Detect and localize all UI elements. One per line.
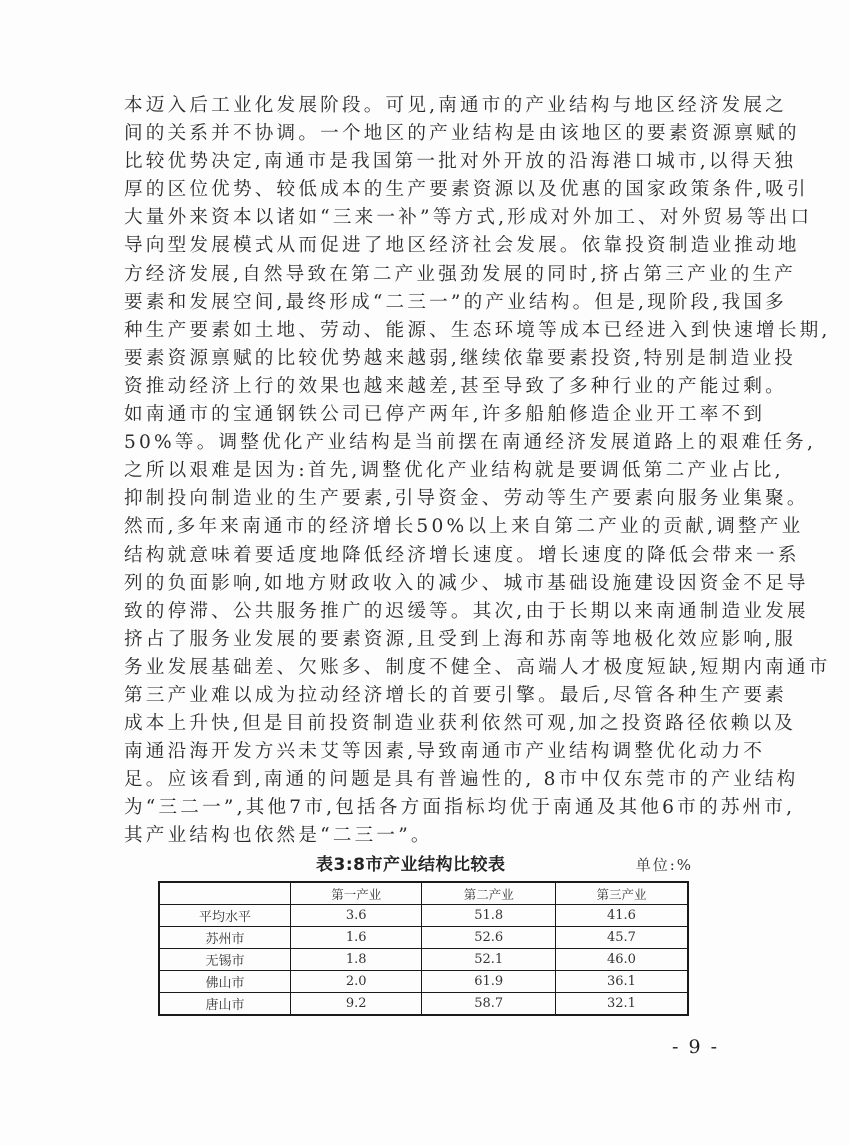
text-line: 厚的区位优势、较低成本的生产要素资源以及优惠的国家政策条件,吸引	[124, 176, 724, 204]
table-cell: 32.1	[555, 993, 688, 1016]
table-cell: 1.8	[290, 949, 421, 971]
text-line: 要素资源禀赋的比较优势越来越弱,继续依靠要素投资,特别是制造业投	[124, 345, 724, 373]
text-line: 种生产要素如土地、劳动、能源、生态环境等成本已经进入到快速增长期,	[124, 317, 724, 345]
text-line: 之所以艰难是因为:首先,调整优化产业结构就是要调低第二产业占比,	[124, 457, 724, 485]
text-line: 足。应该看到,南通的问题是具有普遍性的, 8市中仅东莞市的产业结构	[124, 766, 724, 794]
text-line: 然而,多年来南通市的经济增长50%以上来自第二产业的贡献,调整产业	[124, 513, 724, 541]
table-cell: 2.0	[290, 971, 421, 993]
table-cell: 1.6	[290, 927, 421, 949]
industry-structure-table: 第一产业 第二产业 第三产业 平均水平 3.6 51.8 41.6 苏州市 1.…	[158, 881, 689, 1016]
table-header-cell: 第三产业	[555, 882, 688, 905]
table-cell: 36.1	[555, 971, 688, 993]
table-row: 平均水平 3.6 51.8 41.6	[159, 905, 688, 927]
table-caption: 表3:8市产业结构比较表 单位:%	[158, 851, 693, 879]
text-line: 方经济发展,自然导致在第二产业强劲发展的同时,挤占第三产业的生产	[124, 261, 724, 289]
table-cell: 52.1	[422, 949, 556, 971]
text-line: 如南通市的宝通钢铁公司已停产两年,许多船舶修造企业开工率不到	[124, 401, 724, 429]
text-line: 结构就意味着要适度地降低经济增长速度。增长速度的降低会带来一系	[124, 542, 724, 570]
table-title: 表3:8市产业结构比较表	[316, 851, 505, 879]
text-line: 致的停滞、公共服务推广的迟缓等。其次,由于长期以来南通制造业发展	[124, 598, 724, 626]
table-cell: 61.9	[422, 971, 556, 993]
text-line: 为“三二一”,其他7市,包括各方面指标均优于南通及其他6市的苏州市,	[124, 794, 724, 822]
table-cell: 41.6	[555, 905, 688, 927]
table-row: 唐山市 9.2 58.7 32.1	[159, 993, 688, 1016]
table-cell: 3.6	[290, 905, 421, 927]
table-cell: 46.0	[555, 949, 688, 971]
table-cell: 52.6	[422, 927, 556, 949]
text-line: 资推动经济上行的效果也越来越差,甚至导致了多种行业的产能过剩。	[124, 373, 724, 401]
table-header-cell: 第二产业	[422, 882, 556, 905]
table-cell: 58.7	[422, 993, 556, 1016]
text-line: 间的关系并不协调。一个地区的产业结构是由该地区的要素资源禀赋的	[124, 120, 724, 148]
text-line: 第三产业难以成为拉动经济增长的首要引擎。最后,尽管各种生产要素	[124, 682, 724, 710]
table-row: 佛山市 2.0 61.9 36.1	[159, 971, 688, 993]
table-header-cell	[159, 882, 290, 905]
row-label: 平均水平	[159, 905, 290, 927]
page-number: - 9 -	[672, 1036, 719, 1058]
text-line: 要素和发展空间,最终形成“二三一”的产业结构。但是,现阶段,我国多	[124, 289, 724, 317]
row-label: 无锡市	[159, 949, 290, 971]
row-label: 佛山市	[159, 971, 290, 993]
table-header-row: 第一产业 第二产业 第三产业	[159, 882, 688, 905]
table-unit-label: 单位:%	[636, 851, 693, 879]
text-line: 务业发展基础差、欠账多、制度不健全、高端人才极度短缺,短期内南通市	[124, 654, 724, 682]
table-row: 苏州市 1.6 52.6 45.7	[159, 927, 688, 949]
text-line: 比较优势决定,南通市是我国第一批对外开放的沿海港口城市,以得天独	[124, 148, 724, 176]
text-line: 成本上升快,但是目前投资制造业获利依然可观,加之投资路径依赖以及	[124, 710, 724, 738]
table-header-cell: 第一产业	[290, 882, 421, 905]
table-row: 无锡市 1.8 52.1 46.0	[159, 949, 688, 971]
body-paragraph: 本迈入后工业化发展阶段。可见,南通市的产业结构与地区经济发展之 间的关系并不协调…	[124, 92, 724, 851]
table-cell: 45.7	[555, 927, 688, 949]
row-label: 苏州市	[159, 927, 290, 949]
document-page: 本迈入后工业化发展阶段。可见,南通市的产业结构与地区经济发展之 间的关系并不协调…	[0, 0, 850, 1146]
text-line: 50%等。调整优化产业结构是当前摆在南通经济发展道路上的艰难任务,	[124, 429, 724, 457]
text-line: 其产业结构也依然是“二三一”。	[124, 822, 724, 850]
text-line: 南通沿海开发方兴未艾等因素,导致南通市产业结构调整优化动力不	[124, 738, 724, 766]
text-line: 导向型发展模式从而促进了地区经济社会发展。依靠投资制造业推动地	[124, 232, 724, 260]
text-line: 大量外来资本以诸如“三来一补”等方式,形成对外加工、对外贸易等出口	[124, 204, 724, 232]
table-cell: 9.2	[290, 993, 421, 1016]
table-cell: 51.8	[422, 905, 556, 927]
text-line: 抑制投向制造业的生产要素,引导资金、劳动等生产要素向服务业集聚。	[124, 485, 724, 513]
text-line: 本迈入后工业化发展阶段。可见,南通市的产业结构与地区经济发展之	[124, 92, 724, 120]
text-line: 挤占了服务业发展的要素资源,且受到上海和苏南等地极化效应影响,服	[124, 626, 724, 654]
text-line: 列的负面影响,如地方财政收入的减少、城市基础设施建设因资金不足导	[124, 570, 724, 598]
row-label: 唐山市	[159, 993, 290, 1016]
